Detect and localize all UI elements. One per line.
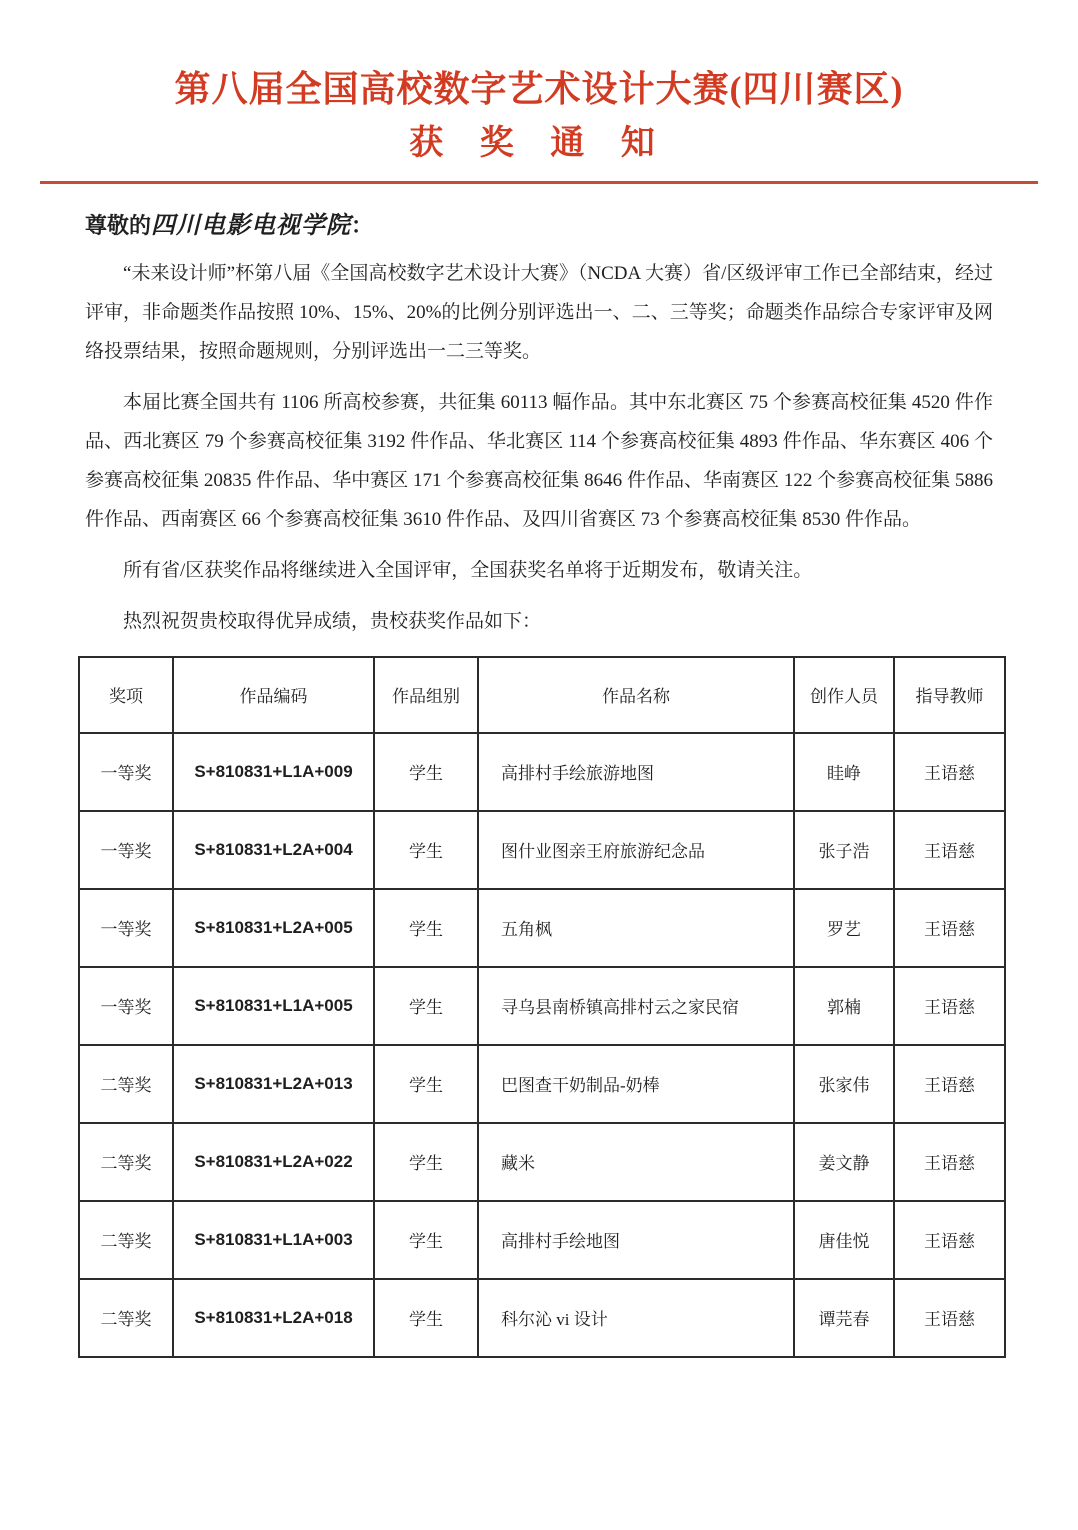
table-header-row: 奖项 作品编码 作品组别 作品名称 创作人员 指导教师 <box>79 657 1005 733</box>
table-row: 二等奖 S+810831+L2A+022 学生 藏米 姜文静 王语慈 <box>79 1123 1005 1201</box>
cell-code: S+810831+L1A+009 <box>173 733 374 811</box>
cell-creator: 谭芫春 <box>794 1279 894 1357</box>
greeting-colon: ： <box>351 213 373 238</box>
awards-table: 奖项 作品编码 作品组别 作品名称 创作人员 指导教师 一等奖 S+810831… <box>78 656 1006 1358</box>
greeting-prefix: 尊敬的 <box>85 213 151 238</box>
cell-teacher: 王语慈 <box>894 1045 1005 1123</box>
table-row: 二等奖 S+810831+L2A+018 学生 科尔沁 vi 设计 谭芫春 王语… <box>79 1279 1005 1357</box>
paragraph-congratulations: 热烈祝贺贵校取得优异成绩，贵校获奖作品如下： <box>85 603 993 642</box>
table-row: 一等奖 S+810831+L2A+005 学生 五角枫 罗艺 王语慈 <box>79 889 1005 967</box>
title-line-2: 获 奖 通 知 <box>40 121 1038 167</box>
cell-teacher: 王语慈 <box>894 967 1005 1045</box>
cell-teacher: 王语慈 <box>894 889 1005 967</box>
table-row: 二等奖 S+810831+L2A+013 学生 巴图查干奶制品-奶棒 张家伟 王… <box>79 1045 1005 1123</box>
cell-title: 寻乌县南桥镇高排村云之家民宿 <box>478 967 794 1045</box>
cell-creator: 张子浩 <box>794 811 894 889</box>
header-teacher: 指导教师 <box>894 657 1005 733</box>
cell-code: S+810831+L2A+018 <box>173 1279 374 1357</box>
cell-teacher: 王语慈 <box>894 1123 1005 1201</box>
cell-group: 学生 <box>374 733 478 811</box>
table-row: 一等奖 S+810831+L2A+004 学生 图什业图亲王府旅游纪念品 张子浩… <box>79 811 1005 889</box>
table-row: 二等奖 S+810831+L1A+003 学生 高排村手绘地图 唐佳悦 王语慈 <box>79 1201 1005 1279</box>
cell-title: 高排村手绘旅游地图 <box>478 733 794 811</box>
cell-title: 科尔沁 vi 设计 <box>478 1279 794 1357</box>
document-title: 第八届全国高校数字艺术设计大赛(四川赛区) 获 奖 通 知 <box>40 66 1038 167</box>
header-creator: 创作人员 <box>794 657 894 733</box>
header-group: 作品组别 <box>374 657 478 733</box>
greeting-line: 尊敬的四川电影电视学院： <box>85 210 993 244</box>
cell-creator: 眭峥 <box>794 733 894 811</box>
header-code: 作品编码 <box>173 657 374 733</box>
cell-title: 图什业图亲王府旅游纪念品 <box>478 811 794 889</box>
cell-award: 二等奖 <box>79 1201 173 1279</box>
cell-code: S+810831+L2A+013 <box>173 1045 374 1123</box>
cell-teacher: 王语慈 <box>894 1201 1005 1279</box>
document-body: 尊敬的四川电影电视学院： “未来设计师”杯第八届《全国高校数字艺术设计大赛》（N… <box>40 210 1038 1358</box>
cell-award: 一等奖 <box>79 967 173 1045</box>
table-row: 一等奖 S+810831+L1A+009 学生 高排村手绘旅游地图 眭峥 王语慈 <box>79 733 1005 811</box>
cell-teacher: 王语慈 <box>894 733 1005 811</box>
cell-group: 学生 <box>374 1123 478 1201</box>
table-row: 一等奖 S+810831+L1A+005 学生 寻乌县南桥镇高排村云之家民宿 郭… <box>79 967 1005 1045</box>
cell-award: 一等奖 <box>79 811 173 889</box>
cell-award: 二等奖 <box>79 1123 173 1201</box>
cell-award: 一等奖 <box>79 889 173 967</box>
body-paragraphs: “未来设计师”杯第八届《全国高校数字艺术设计大赛》（NCDA 大赛）省/区级评审… <box>85 255 993 641</box>
header-award: 奖项 <box>79 657 173 733</box>
cell-group: 学生 <box>374 889 478 967</box>
cell-creator: 唐佳悦 <box>794 1201 894 1279</box>
cell-code: S+810831+L2A+022 <box>173 1123 374 1201</box>
cell-title: 巴图查干奶制品-奶棒 <box>478 1045 794 1123</box>
title-divider-line <box>40 181 1038 184</box>
cell-group: 学生 <box>374 967 478 1045</box>
cell-teacher: 王语慈 <box>894 1279 1005 1357</box>
cell-creator: 姜文静 <box>794 1123 894 1201</box>
paragraph-national-review: 所有省/区获奖作品将继续进入全国评审，全国获奖名单将于近期发布，敬请关注。 <box>85 552 993 591</box>
cell-title: 藏米 <box>478 1123 794 1201</box>
notice-document: 第八届全国高校数字艺术设计大赛(四川赛区) 获 奖 通 知 尊敬的四川电影电视学… <box>0 0 1078 1530</box>
header-title: 作品名称 <box>478 657 794 733</box>
cell-group: 学生 <box>374 811 478 889</box>
greeting-school-name: 四川电影电视学院 <box>151 213 351 239</box>
cell-award: 一等奖 <box>79 733 173 811</box>
cell-code: S+810831+L1A+005 <box>173 967 374 1045</box>
cell-code: S+810831+L2A+005 <box>173 889 374 967</box>
cell-creator: 罗艺 <box>794 889 894 967</box>
cell-code: S+810831+L2A+004 <box>173 811 374 889</box>
cell-group: 学生 <box>374 1045 478 1123</box>
paragraph-statistics: 本届比赛全国共有 1106 所高校参赛，共征集 60113 幅作品。其中东北赛区… <box>85 384 993 540</box>
cell-teacher: 王语慈 <box>894 811 1005 889</box>
cell-creator: 张家伟 <box>794 1045 894 1123</box>
cell-award: 二等奖 <box>79 1279 173 1357</box>
paragraph-review-result: “未来设计师”杯第八届《全国高校数字艺术设计大赛》（NCDA 大赛）省/区级评审… <box>85 255 993 372</box>
cell-title: 五角枫 <box>478 889 794 967</box>
title-line-1: 第八届全国高校数字艺术设计大赛(四川赛区) <box>40 66 1038 113</box>
cell-award: 二等奖 <box>79 1045 173 1123</box>
cell-group: 学生 <box>374 1279 478 1357</box>
cell-creator: 郭楠 <box>794 967 894 1045</box>
cell-group: 学生 <box>374 1201 478 1279</box>
cell-code: S+810831+L1A+003 <box>173 1201 374 1279</box>
cell-title: 高排村手绘地图 <box>478 1201 794 1279</box>
